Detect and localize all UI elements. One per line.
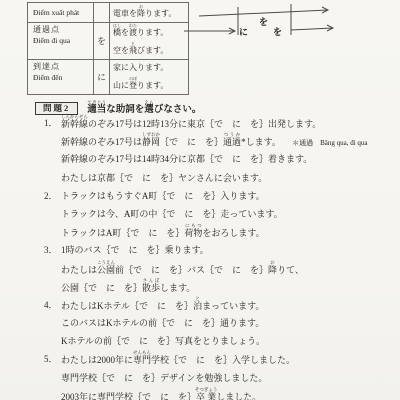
- table-row-arrival-point: 到達点 Điểm đến に 家に入ります。 山に登のぼります。: [28, 60, 188, 94]
- question-line: わたしは公園こうえん前｛で に を｝バス｛で に を｝降おりて、: [44, 260, 396, 278]
- question-text: わたしは2000年に専門せんもん学校｛で に を｝入学しました。: [61, 355, 295, 365]
- departure-arrow: [291, 28, 333, 30]
- question-text: Kホテルの前｛で に を｝写真をとりましょう。: [61, 336, 265, 346]
- particle-cell: に: [94, 60, 110, 94]
- question-text: 新幹線のぞみ17号は静岡しずおか｛で に を｝通過つうか*します。: [61, 137, 281, 147]
- example-cell: 家に入ります。 山に登のぼります。: [110, 60, 188, 94]
- question-text: 新幹線しんかんせんのぞみ17号は12時13分に東京｛で に を｝出発します。: [61, 119, 321, 129]
- question-text: わたしは公園こうえん前｛で に を｝バス｛で に を｝降おりて、: [61, 265, 304, 275]
- question-text: トラックはもうすぐA町｛で に を｝入ります。: [61, 191, 265, 201]
- question-line: 公園｛で に を｝散歩さんぽします。: [44, 278, 396, 296]
- row-label-japanese: 通過点: [33, 24, 93, 35]
- question-line: 4． わたしはKホテル｛で に を｝泊とまっています。: [44, 296, 396, 314]
- example-sentence: 電車を降おります。: [113, 4, 188, 22]
- scanned-textbook-page: Điểm xuất phát 電車を降おります。 通過点 Điểm đi qua…: [0, 0, 400, 400]
- question-text: トラックはA町｛で に を｝荷物にもつをおろします。: [61, 228, 265, 238]
- question-text: トラックは今、A町の中｛で に を｝走っています。: [61, 209, 283, 219]
- question-text: 専門学校｛で に を｝デザインを勉強しました。: [61, 373, 267, 383]
- pass-through-arrow: [199, 10, 328, 16]
- question-text: 公園｛で に を｝散歩さんぽします。: [61, 283, 195, 293]
- question-text: 1時のバス｛で に を｝乗ります。: [61, 245, 209, 255]
- particle-value: を: [97, 35, 106, 47]
- row-label-vietnamese: Điểm đi qua: [33, 35, 93, 46]
- example-sentence: 橋はしを渡わたります。: [113, 23, 188, 41]
- question-line: わたしは京都｛で に を｝ヤンさんに会います。: [44, 169, 396, 187]
- row-label-cell: 通過点 Điểm đi qua: [28, 23, 94, 59]
- particle-value: に: [97, 71, 106, 83]
- row-label-vietnamese: Điểm đến: [33, 72, 93, 83]
- table-row-departure-point: Điểm xuất phát 電車を降おります。: [28, 3, 188, 23]
- particle-direction-diagram: を に を: [183, 0, 351, 44]
- question-text: わたしは京都｛で に を｝ヤンさんに会います。: [61, 173, 267, 183]
- question-line: 1． 新幹線しんかんせんのぞみ17号は12時13分に東京｛で に を｝出発します…: [44, 114, 396, 132]
- table-row-transit-point: 通過点 Điểm đi qua を 橋はしを渡わたります。 空を飛とびます。: [28, 23, 188, 60]
- diagram-label-pass: を: [259, 17, 268, 27]
- row-label-vietnamese: Điểm xuất phát: [33, 7, 79, 18]
- question-list: 1． 新幹線しんかんせんのぞみ17号は12時13分に東京｛で に を｝出発します…: [44, 114, 396, 400]
- question-number: 3．: [44, 241, 58, 259]
- particle-cell: [94, 3, 110, 22]
- question-line: 2． トラックはもうすぐA町｛で に を｝入ります。: [44, 187, 396, 205]
- question-line: 5． わたしは2000年に専門せんもん学校｛で に を｝入学しました。: [44, 350, 396, 368]
- question-number: 1．: [44, 114, 58, 132]
- question-line: 2003年に専門学校｛で に を｝卒業そつぎょうしました。: [44, 387, 396, 400]
- question-text: わたしはKホテル｛で に を｝泊とまっています。: [61, 301, 264, 311]
- question-line: トラックはA町｛で に を｝荷物にもつをおろします。: [44, 223, 396, 241]
- diagram-label-depart: を: [273, 27, 282, 37]
- question-text: 2003年に専門学校｛で に を｝卒業そつぎょうしました。: [61, 392, 261, 400]
- question-line: このバスはKホテルの前｛で に を｝通ります。: [44, 314, 396, 332]
- question-line: Kホテルの前｛で に を｝写真をとりましょう。: [44, 332, 396, 350]
- example-sentence: 空を飛とびます。: [113, 41, 188, 59]
- question-number: 4．: [44, 296, 58, 314]
- question-text: このバスはKホテルの前｛で に を｝通ります。: [61, 318, 264, 328]
- particle-cell: を: [94, 23, 110, 59]
- diagram-label-arrive: に: [239, 27, 248, 37]
- question-number: 5．: [44, 350, 58, 368]
- row-label-japanese: 到達点: [33, 61, 93, 72]
- particle-usage-table: Điểm xuất phát 電車を降おります。 通過点 Điểm đi qua…: [27, 2, 189, 95]
- question-line: 3． 1時のバス｛で に を｝乗ります。: [44, 241, 396, 259]
- example-cell: 橋はしを渡わたります。 空を飛とびます。: [110, 23, 188, 59]
- question-text: 新幹線のぞみ17号は14時34分に京都｛で に を｝着きます。: [61, 154, 312, 164]
- example-sentence: 家に入ります。: [113, 60, 188, 76]
- example-sentence: 山に登のぼります。: [113, 76, 188, 94]
- gloss-note: ＊通過 Băng qua, đi qua: [292, 139, 367, 147]
- example-cell: 電車を降おります。: [110, 3, 188, 22]
- question-line: 専門学校｛で に を｝デザインを勉強しました。: [44, 369, 396, 387]
- question-line: 新幹線のぞみ17号は静岡しずおか｛で に を｝通過つうか*します。 ＊通過 Bă…: [44, 132, 396, 150]
- row-label-cell: Điểm xuất phát: [28, 3, 94, 22]
- question-line: 新幹線のぞみ17号は14時34分に京都｛で に を｝着きます。: [44, 150, 396, 168]
- row-label-cell: 到達点 Điểm đến: [28, 60, 94, 94]
- question-number: 2．: [44, 187, 58, 205]
- question-line: トラックは今、A町の中｛で に を｝走っています。: [44, 205, 396, 223]
